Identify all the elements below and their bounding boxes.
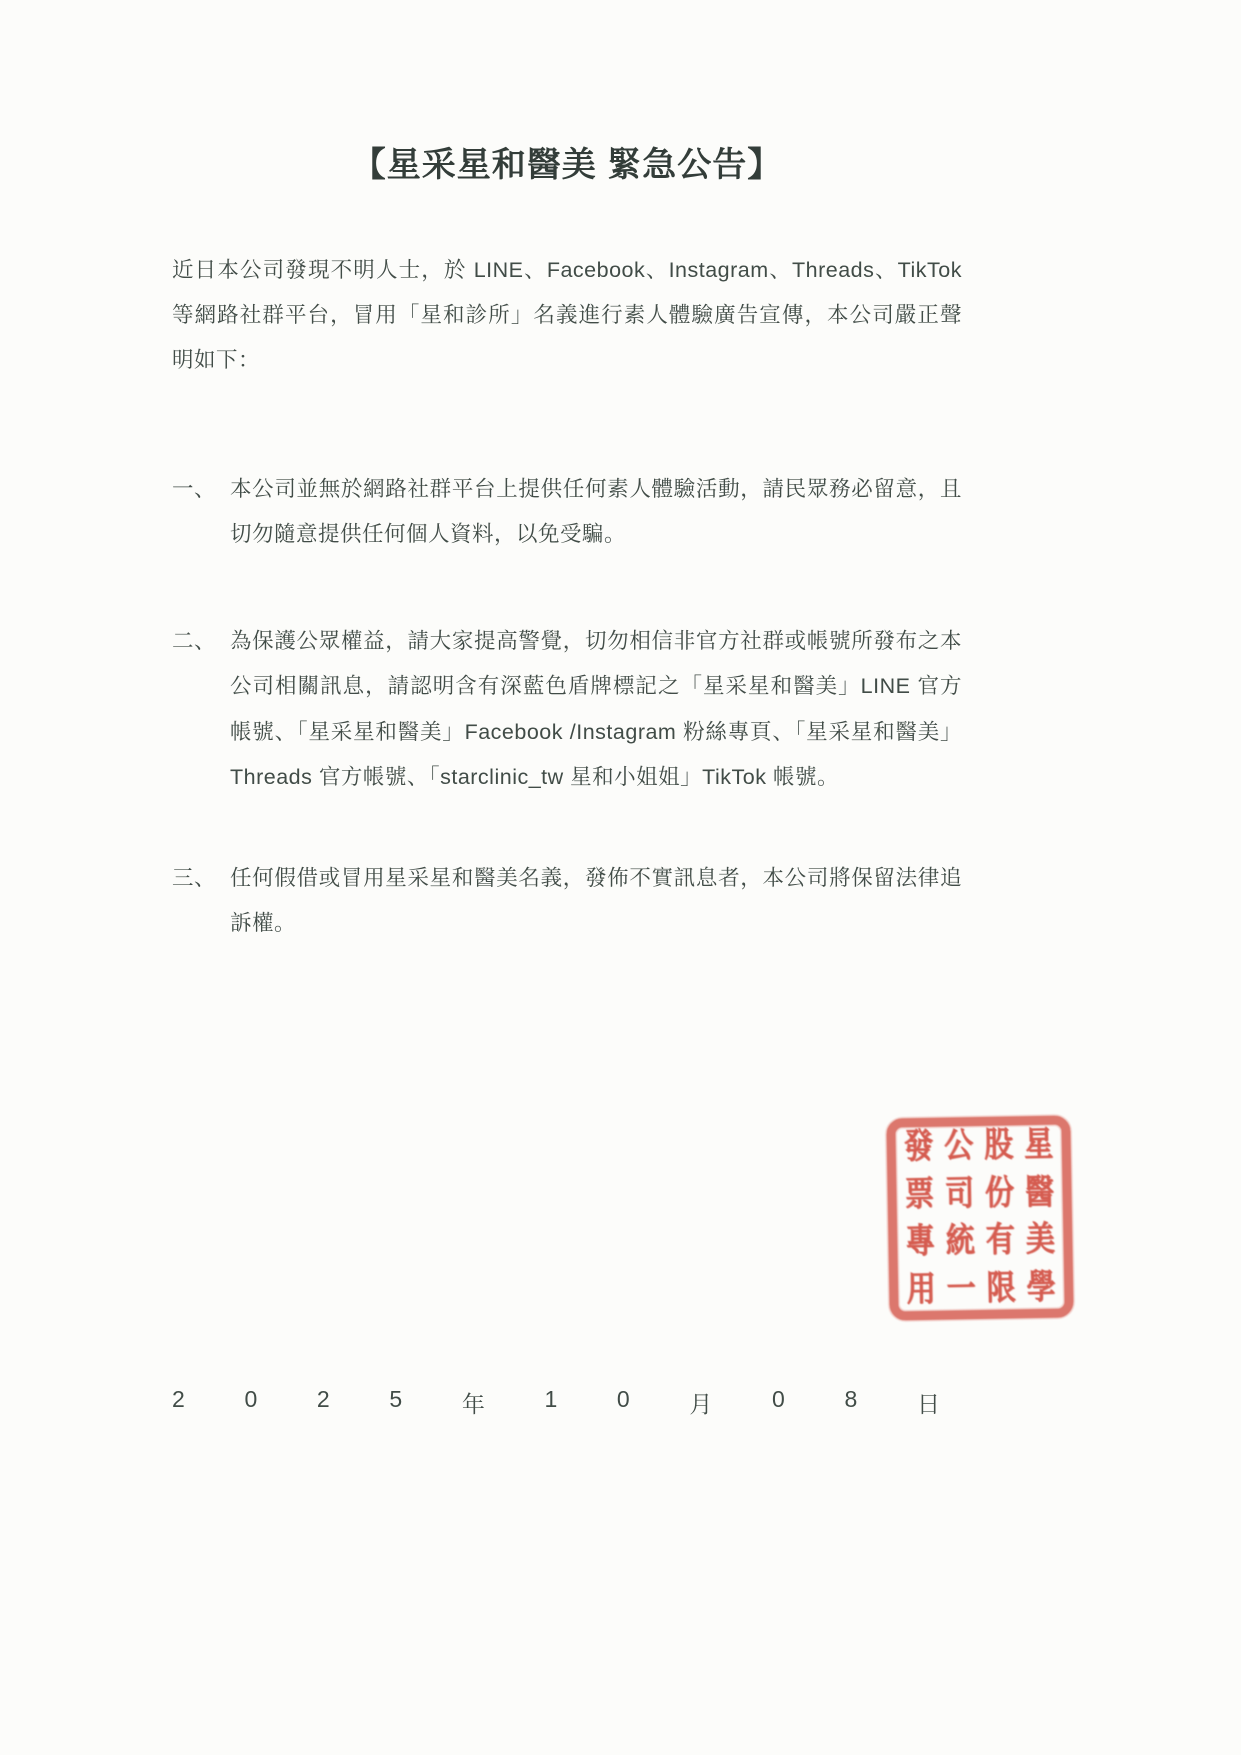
item-1-text: 本公司並無於網路社群平台上提供任何素人體驗活動，請民眾務必留意，且切勿隨意提供任…: [230, 467, 962, 557]
date-character: 2: [317, 1386, 330, 1419]
seal-character: 一: [943, 1272, 980, 1307]
page-title: 【星采星和醫美 緊急公告】: [172, 142, 962, 190]
seal-character: 專: [902, 1225, 939, 1260]
seal-column-left: 發 票 專 用: [901, 1133, 940, 1306]
document-content: 【星采星和醫美 緊急公告】 近日本公司發現不明人士，於 LINE、Faceboo…: [172, 0, 962, 946]
item-3-number: 三、: [172, 856, 230, 946]
item-2-number: 二、: [172, 619, 230, 800]
item-3-text: 任何假借或冒用星采星和醫美名義，發佈不實訊息者，本公司將保留法律追訴權。: [230, 856, 962, 946]
list-item-1: 一、 本公司並無於網路社群平台上提供任何素人體驗活動，請民眾務必留意，且切勿隨意…: [172, 467, 962, 557]
company-seal: 星 醫 美 學 股 份 有 限 公 司 統 一 發 票 專 用: [886, 1115, 1073, 1320]
intro-paragraph: 近日本公司發現不明人士，於 LINE、Facebook、Instagram、Th…: [172, 248, 962, 383]
seal-character: 公: [940, 1129, 977, 1164]
date-character: 月: [689, 1386, 712, 1419]
date-character: 8: [844, 1386, 857, 1419]
seal-character: 醫: [1021, 1176, 1058, 1211]
seal-character: 星: [1020, 1128, 1057, 1163]
item-1-number: 一、: [172, 467, 230, 557]
date-character: 0: [617, 1386, 630, 1419]
date-character: 0: [244, 1386, 257, 1419]
seal-character: 票: [901, 1178, 938, 1213]
date-character: 日: [917, 1386, 940, 1419]
seal-character: 統: [942, 1225, 979, 1260]
seal-column-mid-right: 股 份 有 限: [980, 1131, 1019, 1304]
list-item-2: 二、 為保護公眾權益，請大家提高警覺，切勿相信非官方社群或帳號所發布之本公司相關…: [172, 619, 962, 800]
date-character: 0: [772, 1386, 785, 1419]
date-character: 2: [172, 1386, 185, 1419]
seal-column-mid-left: 公 司 統 一: [941, 1132, 980, 1305]
item-2-text: 為保護公眾權益，請大家提高警覺，切勿相信非官方社群或帳號所發布之本公司相關訊息，…: [230, 619, 962, 800]
seal-character: 學: [1023, 1271, 1060, 1306]
document-page: 【星采星和醫美 緊急公告】 近日本公司發現不明人士，於 LINE、Faceboo…: [0, 0, 1241, 1755]
seal-character: 美: [1022, 1223, 1059, 1258]
date-character: 年: [462, 1386, 485, 1419]
list-item-3: 三、 任何假借或冒用星采星和醫美名義，發佈不實訊息者，本公司將保留法律追訴權。: [172, 856, 962, 946]
seal-character: 發: [900, 1130, 937, 1165]
date-character: 1: [544, 1386, 557, 1419]
seal-character: 有: [982, 1224, 1019, 1259]
date-line: 2 0 2 5 年 1 0 月 0 8 日: [172, 1386, 940, 1419]
seal-character: 股: [980, 1129, 1017, 1164]
seal-character: 份: [981, 1176, 1018, 1211]
seal-character: 用: [903, 1273, 940, 1308]
seal-character: 限: [983, 1272, 1020, 1307]
seal-column-right: 星 醫 美 學: [1020, 1131, 1059, 1304]
seal-character: 司: [941, 1177, 978, 1212]
date-character: 5: [389, 1386, 402, 1419]
